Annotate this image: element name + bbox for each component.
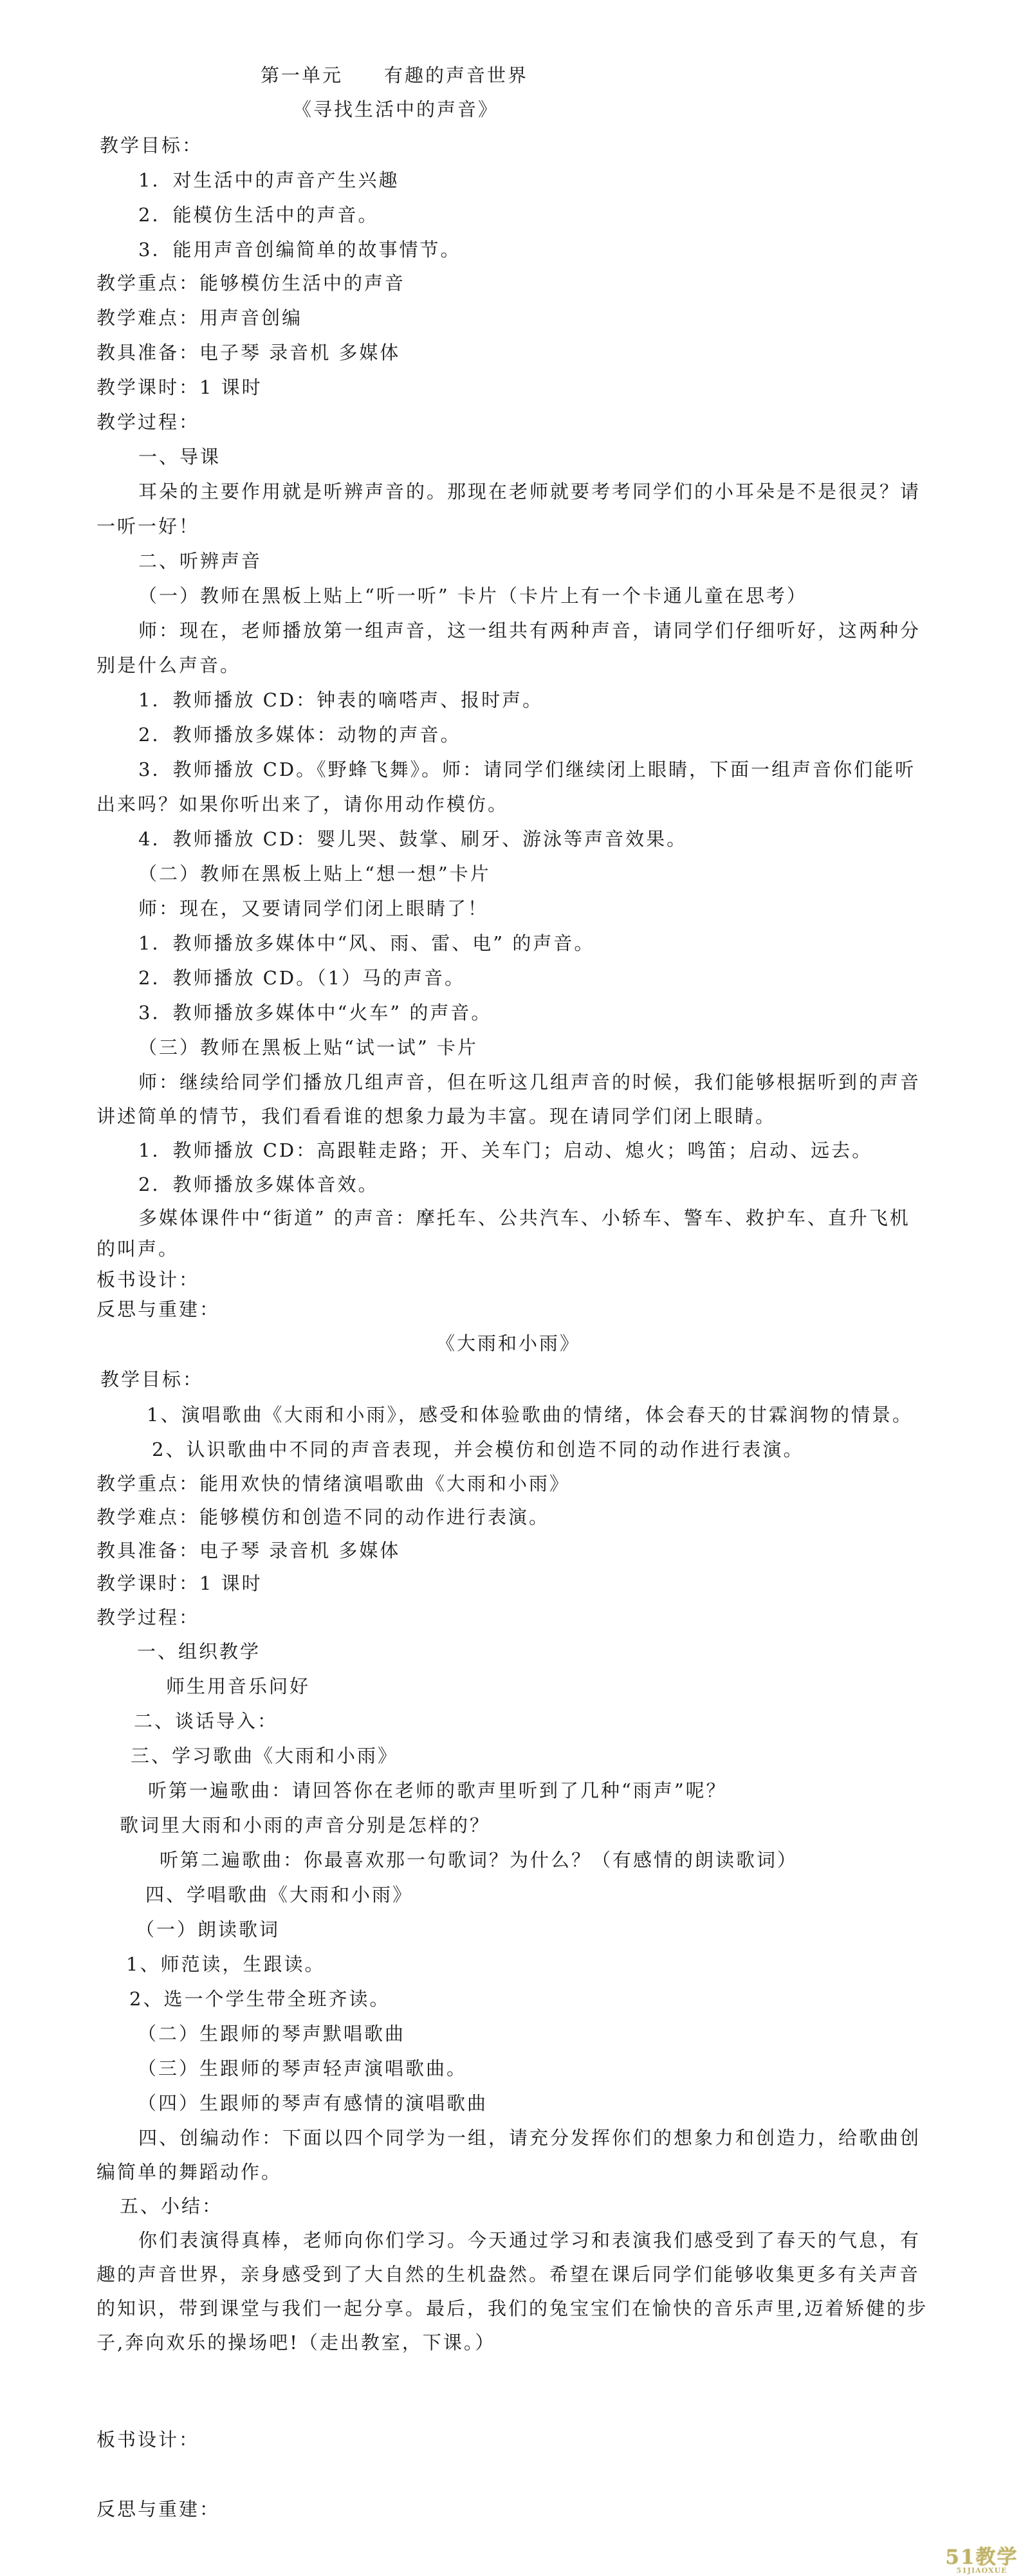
- text-line: 五、小结：: [120, 2196, 223, 2217]
- text-line: 教学重点：能用欢快的情绪演唱歌曲《大雨和小雨》: [97, 1473, 570, 1495]
- text-line: 二、听辨声音: [138, 551, 262, 572]
- text-line: （二）生跟师的琴声默唱歌曲: [138, 2023, 405, 2045]
- text-line: 一听一好！: [97, 516, 199, 537]
- text-line: （一）朗读歌词: [136, 1919, 280, 1940]
- text-line: 教具准备：电子琴 录音机 多媒体: [97, 1540, 400, 1561]
- text-line: （二）教师在黑板上贴上“想一想”卡片: [138, 863, 491, 885]
- text-line: 1．对生活中的声音产生兴趣: [138, 170, 399, 191]
- text-line: 板书设计：: [97, 2429, 199, 2451]
- text-line: 师：继续给同学们播放几组声音，但在听这几组声音的时候，我们能够根据听到的声音: [138, 1072, 921, 1093]
- text-line: 一、组织教学: [137, 1641, 261, 1662]
- text-line: 趣的声音世界，亲身感受到了大自然的生机盎然。希望在课后同学们能够收集更多有关声音: [97, 2264, 920, 2285]
- text-line: 教学重点：能够模仿生活中的声音: [97, 273, 405, 294]
- watermark-title: 51教学: [943, 2548, 1020, 2567]
- text-line: 3．能用声音创编简单的故事情节。: [138, 239, 461, 261]
- watermark-logo: 51教学 51JIAOXUE: [943, 2548, 1020, 2575]
- text-line: 反思与重建：: [97, 2499, 220, 2520]
- text-line: （一）教师在黑板上贴上“听一听” 卡片（卡片上有一个卡通儿童在思考）: [138, 585, 807, 607]
- text-line: 四、学唱歌曲《大雨和小雨》: [145, 1884, 413, 1906]
- text-line: 1．教师播放多媒体中“风、雨、雷、电” 的声音。: [138, 933, 594, 954]
- text-line: 师生用音乐问好: [166, 1676, 310, 1697]
- text-line: 教学课时：1 课时: [97, 377, 262, 398]
- text-line: 的叫声。: [97, 1238, 179, 1260]
- text-line: 听第二遍歌曲：你最喜欢那一句歌词？为什么？（有感情的朗读歌词）: [160, 1850, 798, 1871]
- text-line: 教具准备：电子琴 录音机 多媒体: [97, 342, 400, 363]
- text-line: 《寻找生活中的声音》: [293, 99, 499, 120]
- text-line: （三）教师在黑板上贴“试一试” 卡片: [138, 1037, 478, 1058]
- text-line: 教学目标：: [100, 1369, 203, 1390]
- text-line: 教学过程：: [97, 1607, 199, 1628]
- text-line: 出来吗？如果你听出来了，请你用动作模仿。: [97, 794, 508, 815]
- text-line: （四）生跟师的琴声有感情的演唱歌曲: [138, 2093, 488, 2114]
- text-line: 师：现在，又要请同学们闭上眼睛了！: [138, 898, 488, 919]
- text-line: 2．能模仿生活中的声音。: [138, 205, 378, 226]
- text-line: 二、谈话导入：: [134, 1711, 278, 1732]
- text-line: 1、演唱歌曲《大雨和小雨》，感受和体验歌曲的情绪，体会春天的甘霖润物的情景。: [147, 1404, 913, 1426]
- text-line: 2、认识歌曲中不同的声音表现，并会模仿和创造不同的动作进行表演。: [152, 1439, 804, 1460]
- text-line: 你们表演得真棒，老师向你们学习。今天通过学习和表演我们感受到了春天的气息，有: [138, 2230, 921, 2251]
- text-line: 2、选一个学生带全班齐读。: [129, 1989, 390, 2010]
- text-line: 听第一遍歌曲：请回答你在老师的歌声里听到了几种“雨声”呢？: [148, 1780, 727, 1801]
- text-line: 三、学习歌曲《大雨和小雨》: [131, 1745, 398, 1767]
- text-line: 第一单元 有趣的声音世界: [261, 65, 528, 86]
- document-page: 第一单元 有趣的声音世界《寻找生活中的声音》教学目标：1．对生活中的声音产生兴趣…: [0, 0, 1021, 2576]
- text-line: 讲述简单的情节，我们看看谁的想象力最为丰富。现在请同学们闭上眼睛。: [97, 1106, 776, 1127]
- text-line: 的知识，带到课堂与我们一起分享。最后，我们的兔宝宝们在愉快的音乐声里,迈着矫健的…: [97, 2298, 928, 2319]
- text-line: 师：现在，老师播放第一组声音，这一组共有两种声音，请同学们仔细听好，这两种分: [138, 620, 921, 641]
- text-line: 子,奔向欢乐的操场吧!（走出教室，下课。）: [97, 2332, 495, 2353]
- text-line: 1．教师播放 CD：高跟鞋走路；开、关车门；启动、熄火；鸣笛；启动、远去。: [138, 1140, 872, 1161]
- text-line: 教学课时：1 课时: [97, 1573, 262, 1594]
- text-line: 多媒体课件中“街道” 的声音：摩托车、公共汽车、小轿车、警车、救护车、直升飞机: [138, 1208, 910, 1229]
- text-line: 教学目标：: [100, 135, 203, 156]
- text-line: 编简单的舞蹈动作。: [97, 2162, 282, 2183]
- text-line: 歌词里大雨和小雨的声音分别是怎样的？: [120, 1815, 490, 1836]
- text-line: 4．教师播放 CD：婴儿哭、鼓掌、刷牙、游泳等声音效果。: [138, 829, 687, 850]
- text-line: 教学过程：: [97, 412, 199, 433]
- text-line: 2．教师播放多媒体：动物的声音。: [138, 724, 461, 746]
- text-line: 教学难点：能够模仿和创造不同的动作进行表演。: [97, 1507, 549, 1528]
- text-line: 一、导课: [138, 446, 221, 468]
- text-line: 别是什么声音。: [97, 655, 241, 676]
- text-line: 3．教师播放 CD。《野蜂飞舞》。师：请同学们继续闭上眼睛，下面一组声音你们能听: [138, 759, 915, 780]
- text-line: 3．教师播放多媒体中“火车” 的声音。: [138, 1002, 492, 1024]
- text-line: 耳朵的主要作用就是听辨声音的。那现在老师就要考考同学们的小耳朵是不是很灵？请: [138, 481, 921, 502]
- text-line: 教学难点：用声音创编: [97, 308, 302, 329]
- text-line: 四、创编动作：下面以四个同学为一组，请充分发挥你们的想象力和创造力，给歌曲创: [138, 2128, 921, 2149]
- text-line: 2．教师播放 CD。（1）马的声音。: [138, 968, 465, 989]
- text-line: 《大雨和小雨》: [436, 1333, 580, 1354]
- text-line: 板书设计：: [97, 1269, 199, 1291]
- text-line: 1．教师播放 CD：钟表的嘀嗒声、报时声。: [138, 690, 543, 711]
- text-line: 2．教师播放多媒体音效。: [138, 1174, 378, 1195]
- text-line: （三）生跟师的琴声轻声演唱歌曲。: [138, 2058, 467, 2079]
- text-line: 1、师范读，生跟读。: [126, 1954, 325, 1975]
- text-line: 反思与重建：: [97, 1299, 220, 1320]
